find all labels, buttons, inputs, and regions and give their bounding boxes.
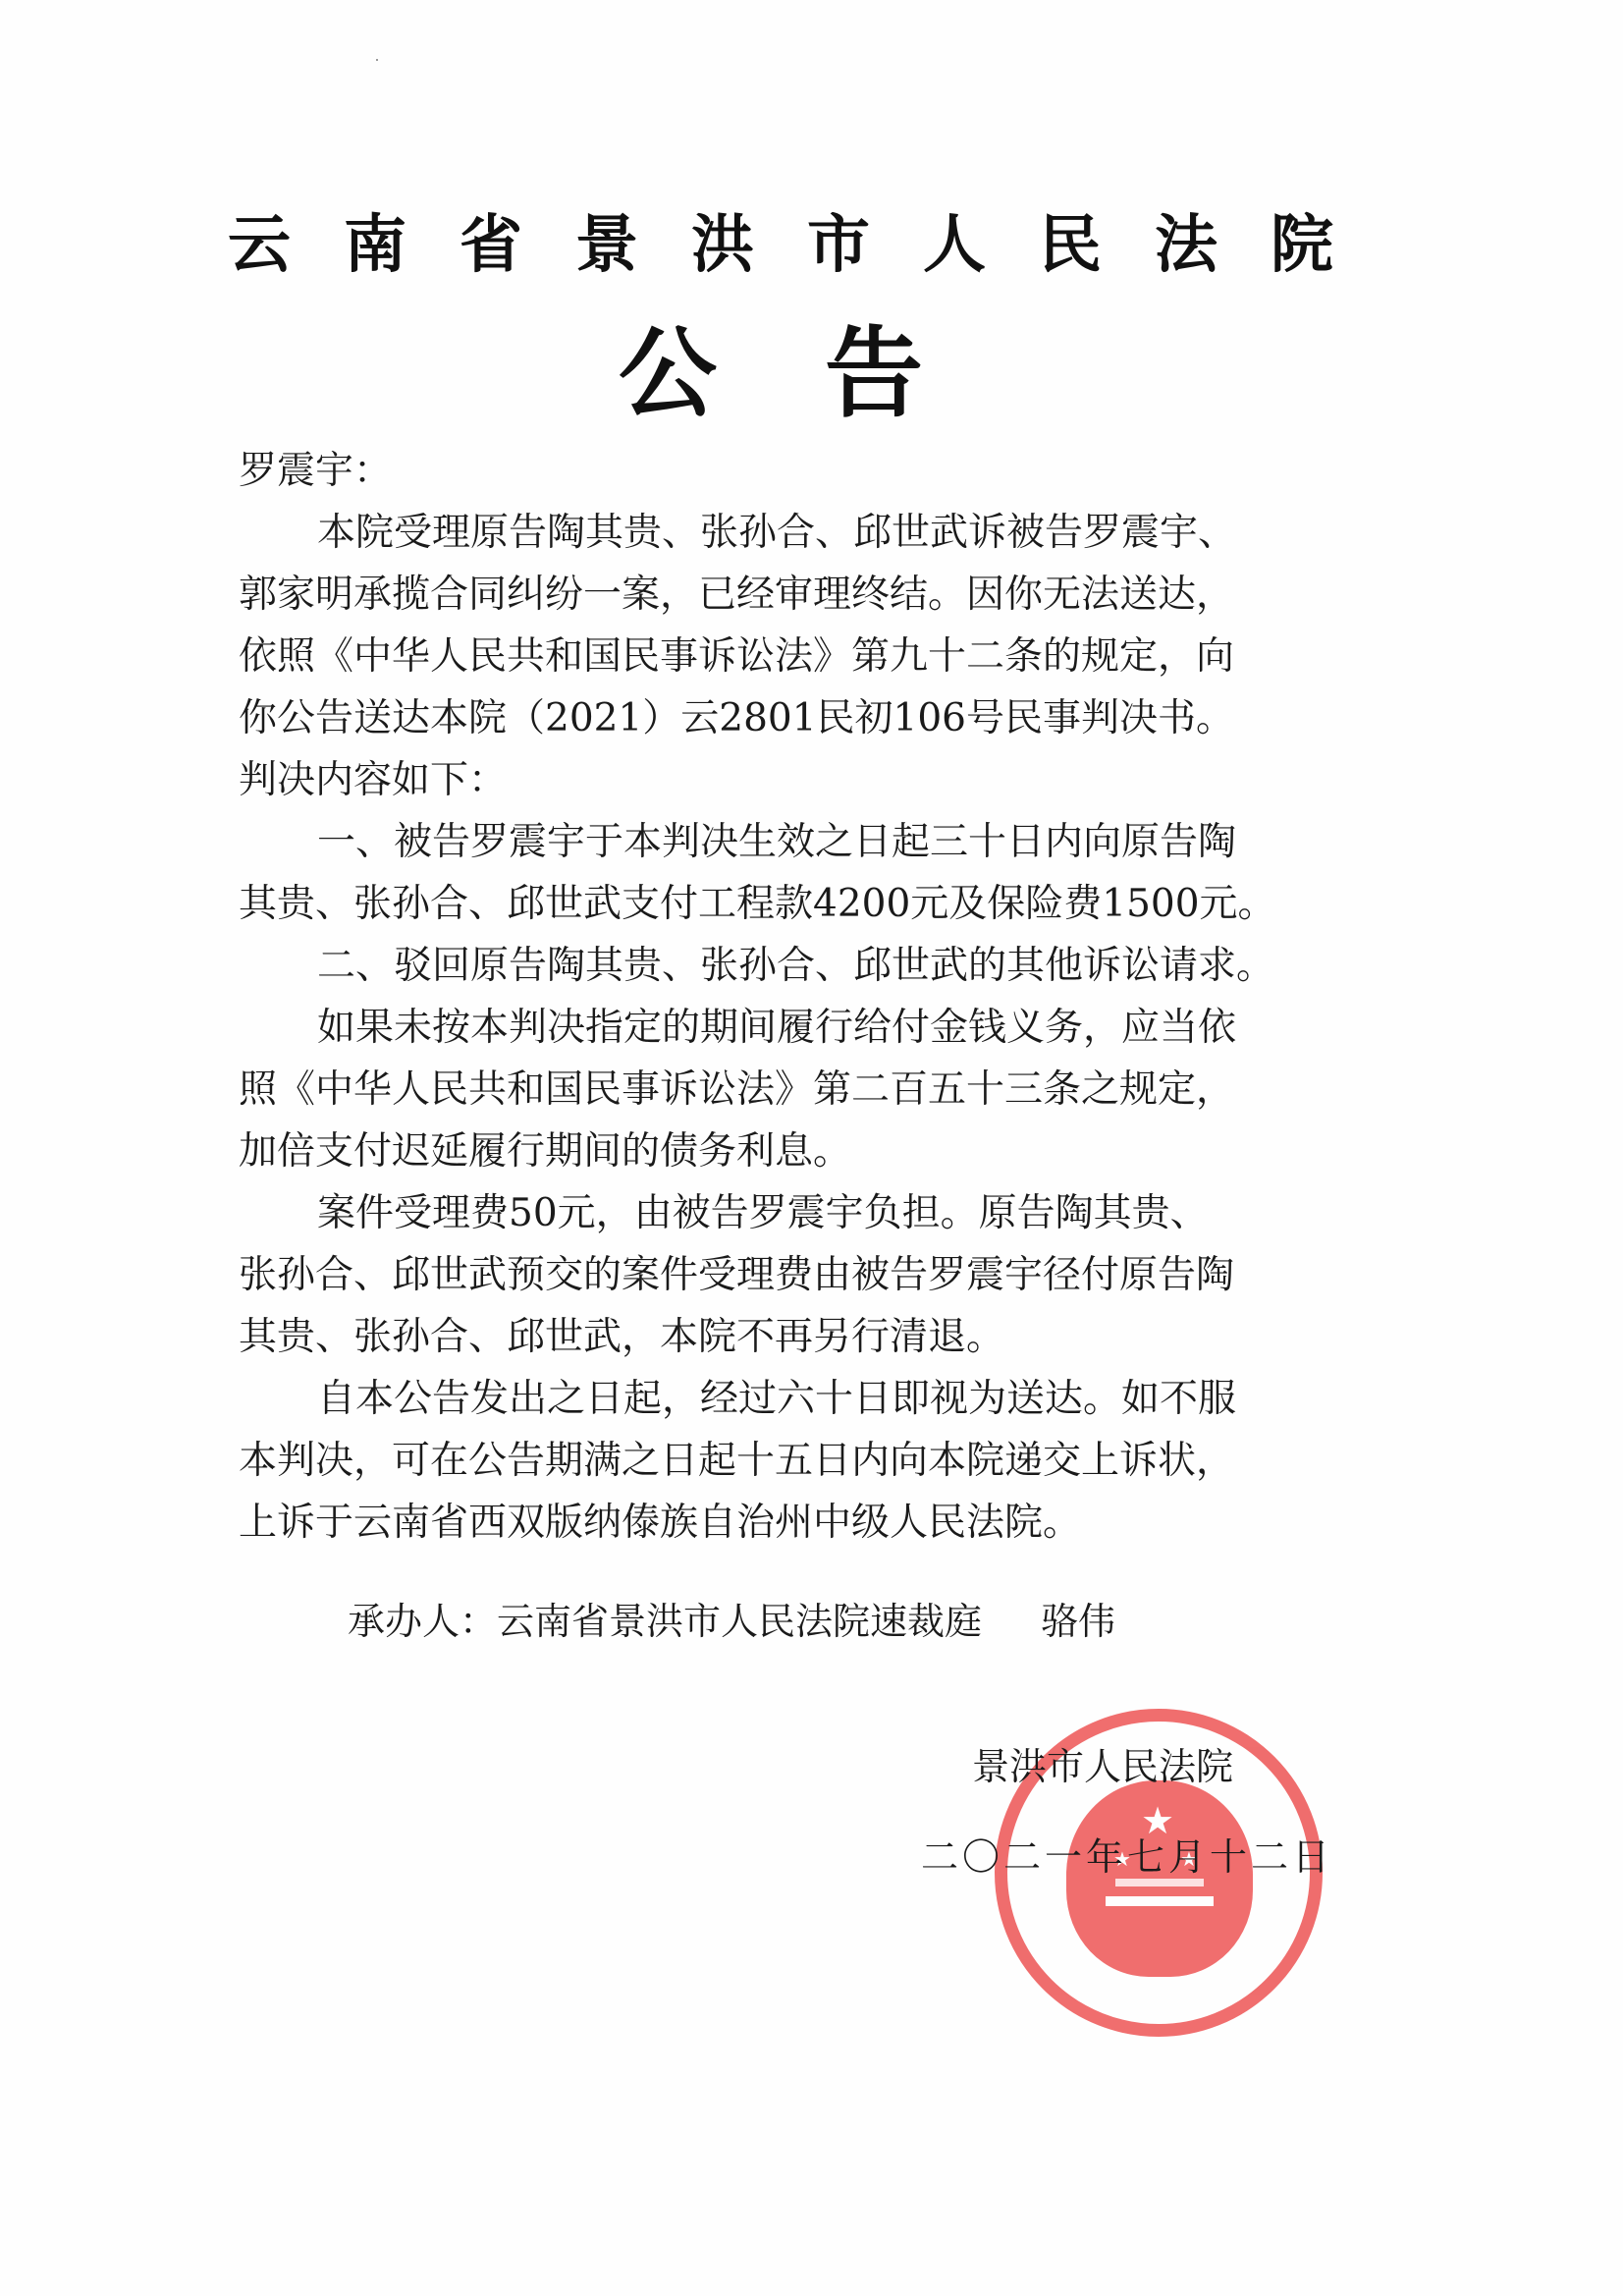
paragraph-line: 自本公告发出之日起，经过六十日即视为送达。如不服 [239,1368,1397,1430]
paragraph-line: 本院受理原告陶其贵、张孙合、邱世武诉被告罗震宇、 [239,502,1397,564]
paragraph-line: 本判决，可在公告期满之日起十五日内向本院递交上诉状， [239,1430,1397,1492]
handler-line: 承办人：云南省景洪市人民法院速裁庭骆伟 [348,1591,1115,1645]
handler-name: 骆伟 [1041,1600,1115,1643]
judgment-item-2: 二、驳回原告陶其贵、张孙合、邱世武的其他诉讼请求。 [239,935,1397,997]
paragraph-line: 上诉于云南省西双版纳傣族自治州中级人民法院。 [239,1492,1397,1554]
gate-shape [1106,1896,1214,1906]
paragraph-line: 依照《中华人民共和国民事诉讼法》第九十二条的规定，向 [239,626,1397,687]
judgment-item-1: 一、被告罗震宇于本判决生效之日起三十日内向原告陶 [239,811,1397,873]
scan-mark [376,59,378,61]
judgment-item-1-cont: 其贵、张孙合、邱世武支付工程款4200元及保险费1500元。 [239,873,1397,935]
paragraph-line: 其贵、张孙合、邱世武，本院不再另行清退。 [239,1306,1397,1368]
paragraph-line: 判决内容如下： [239,749,1397,811]
paragraph-line: 照《中华人民共和国民事诉讼法》第二百五十三条之规定， [239,1059,1397,1121]
paragraph-line: 加倍支付迟延履行期间的债务利息。 [239,1121,1397,1182]
document-page: 云南省景洪市人民法院 公告 罗震宇： 本院受理原告陶其贵、张孙合、邱世武诉被告罗… [0,0,1623,2296]
handler-label: 承办人：云南省景洪市人民法院速裁庭 [348,1600,982,1643]
issuer-signature: 景洪市人民法院 [972,1736,1233,1790]
notice-body: 罗震宇： 本院受理原告陶其贵、张孙合、邱世武诉被告罗震宇、 郭家明承揽合同纠纷一… [239,440,1397,1554]
court-name-heading: 云南省景洪市人民法院 [228,194,1347,283]
addressee: 罗震宇： [239,440,1397,502]
paragraph-line: 案件受理费50元，由被告罗震宇负担。原告陶其贵、 [239,1182,1397,1244]
paragraph-line: 如果未按本判决指定的期间履行给付金钱义务，应当依 [239,997,1397,1059]
paragraph-line: 你公告送达本院（2021）云2801民初106号民事判决书。 [239,687,1397,749]
issue-date: 二〇二一年七月十二日 [921,1827,1333,1881]
paragraph-line: 郭家明承揽合同纠纷一案，已经审理终结。因你无法送达， [239,564,1397,626]
paragraph-line: 张孙合、邱世武预交的案件受理费由被告罗震宇径付原告陶 [239,1244,1397,1306]
document-type-heading: 公告 [619,295,1031,403]
